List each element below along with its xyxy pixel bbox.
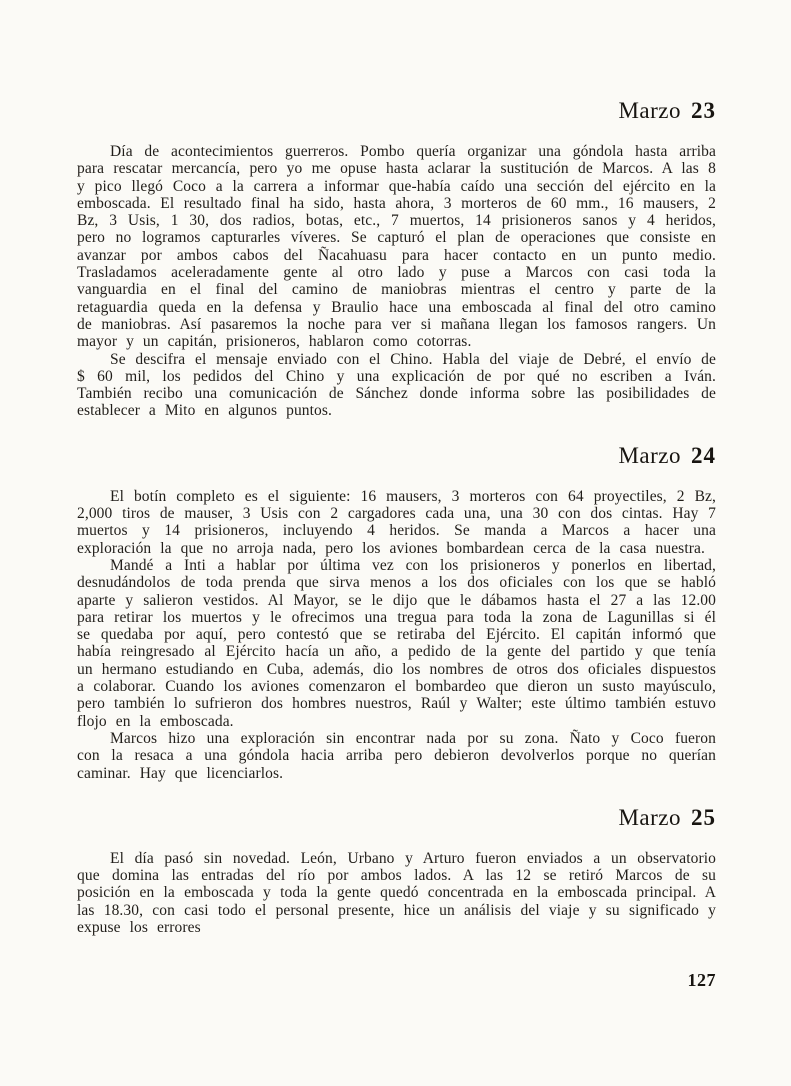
page-content: Marzo23 Día de acontecimientos guerreros… <box>77 98 716 936</box>
entry-paragraph: Día de acontecimientos guerreros. Pombo … <box>77 143 716 351</box>
entry-paragraph: Se descifra el mensaje enviado con el Ch… <box>77 351 716 420</box>
entry-day: 24 <box>691 443 716 468</box>
entry-paragraph: El botín completo es el siguiente: 16 ma… <box>77 488 716 557</box>
entry-paragraph: El día pasó sin novedad. León, Urbano y … <box>77 850 716 936</box>
entry-date-heading: Marzo25 <box>77 805 716 831</box>
entry-month: Marzo <box>618 443 681 468</box>
entry-paragraph: Marcos hizo una exploración sin encontra… <box>77 730 716 782</box>
diary-entry-marzo-24: Marzo24 El botín completo es el siguient… <box>77 443 716 782</box>
entry-paragraph: Mandé a Inti a hablar por última vez con… <box>77 557 716 730</box>
entry-day: 23 <box>691 98 716 123</box>
book-page: Marzo23 Día de acontecimientos guerreros… <box>0 0 791 1086</box>
entry-day: 25 <box>691 805 716 830</box>
diary-entry-marzo-23: Marzo23 Día de acontecimientos guerreros… <box>77 98 716 420</box>
entry-date-heading: Marzo24 <box>77 443 716 469</box>
entry-month: Marzo <box>618 805 681 830</box>
page-number: 127 <box>77 970 716 990</box>
entry-date-heading: Marzo23 <box>77 98 716 124</box>
diary-entry-marzo-25: Marzo25 El día pasó sin novedad. León, U… <box>77 805 716 936</box>
entry-month: Marzo <box>618 98 681 123</box>
